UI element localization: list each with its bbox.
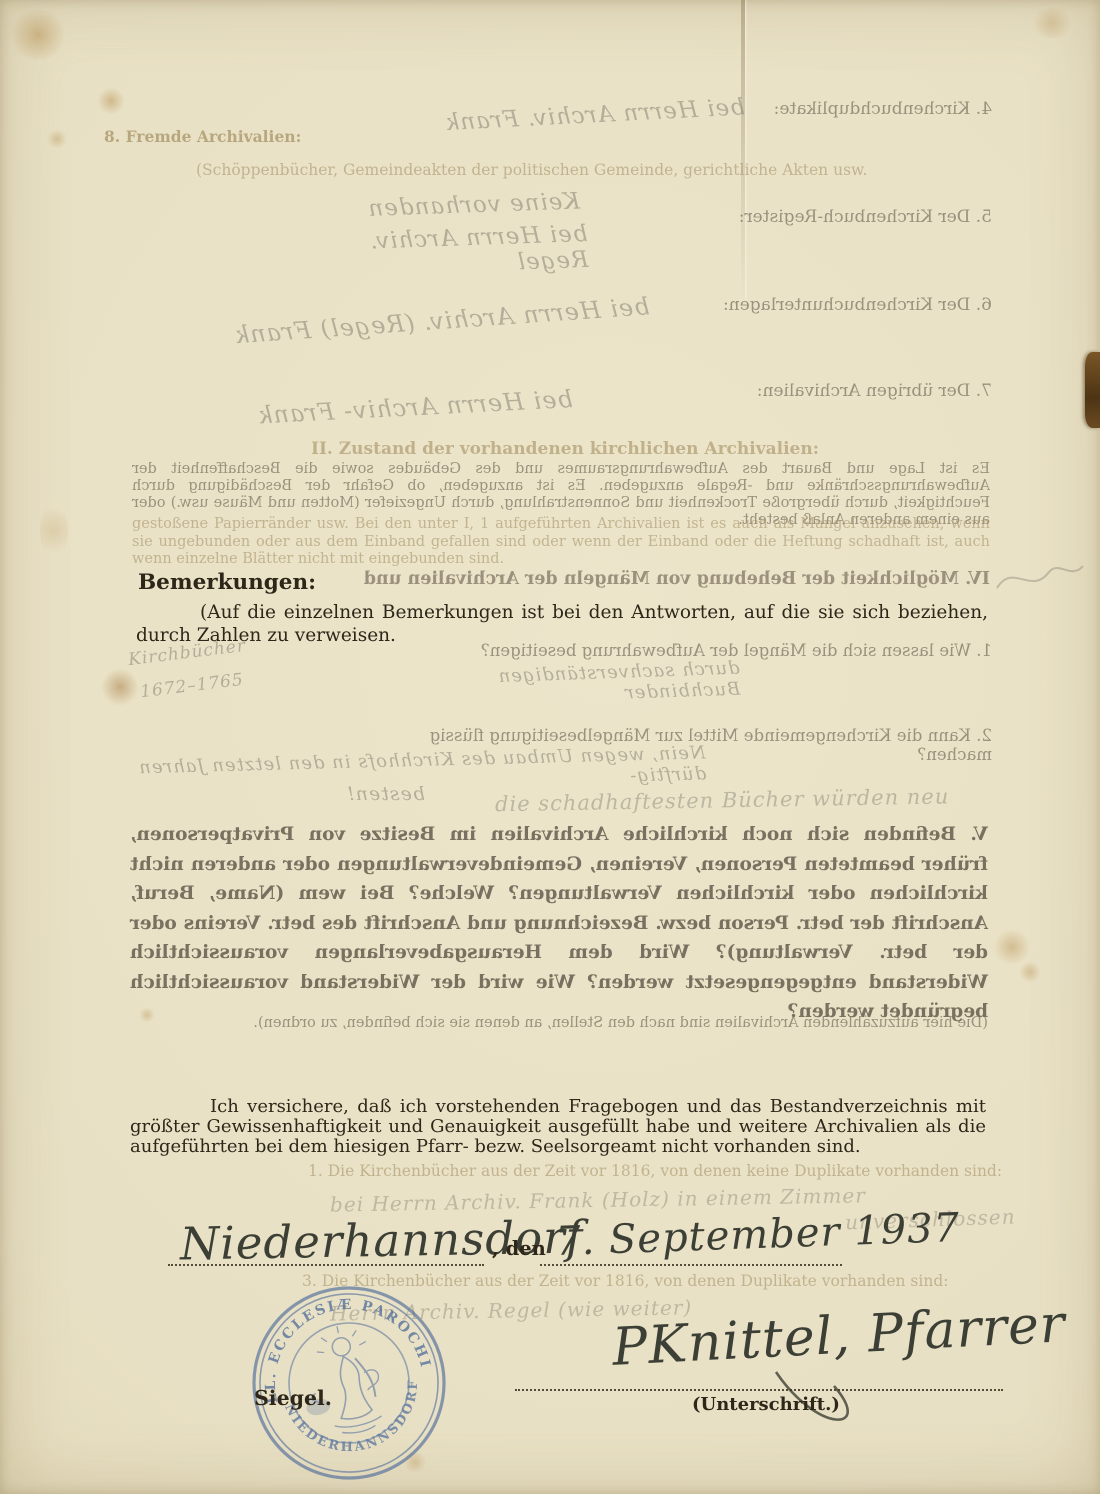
place-dotted-line	[168, 1264, 484, 1266]
binding-notch	[1085, 352, 1100, 428]
handwritten-date: 7. September 1937	[554, 1205, 961, 1265]
stain-mark	[8, 10, 68, 60]
overprint-item-8: 8. Fremde Archivalien:	[104, 127, 301, 146]
bleedthrough-handwriting-q1: durch sachverständigen Buchbinder	[429, 658, 740, 711]
bleedthrough-item-7: 7. Der übrigen Archivalien:	[728, 381, 992, 401]
stain-mark	[992, 930, 1032, 964]
stain-mark	[46, 130, 68, 148]
fold-crease	[741, 0, 745, 300]
unterschrift-label: (Unterschrift.)	[692, 1394, 840, 1415]
overprint-script-middle: die schadhaftesten Bücher würden neu	[495, 784, 985, 817]
bleedthrough-handwriting-5a: Keine vorhanden	[320, 188, 581, 223]
bleedthrough-handwriting-6: bei Herrn Archiv. (Regel) Frank	[200, 292, 651, 351]
bleedthrough-handwriting-4: bei Herrn Archiv. Frank	[415, 94, 746, 137]
illegible-script-squiggle	[995, 556, 1087, 602]
overprint-heading-ii: II. Zustand der vorhandenen kirchlichen …	[280, 439, 850, 459]
date-dotted-line	[540, 1264, 842, 1266]
siegel-label: Siegel.	[254, 1386, 332, 1410]
bleedthrough-section-v-paragraph: V. Befinden sich noch kirchliche Archiva…	[130, 820, 988, 1027]
den-label: , den	[492, 1237, 546, 1260]
bleedthrough-section-v-note: (Die hier aufzuzählenden Archivalien sin…	[148, 1014, 988, 1033]
stain-mark	[1030, 8, 1074, 38]
stain-mark	[100, 668, 140, 706]
bleedthrough-handwriting-q2b: besten!	[295, 783, 425, 805]
stain-mark	[96, 88, 126, 114]
bleedthrough-handwriting-7: bei Herrn Archiv- Frank	[228, 385, 574, 431]
overprint-item-8-subnote: (Schöppenbücher, Gemeindeakten der polit…	[196, 161, 996, 179]
bleedthrough-item-6: 6. Der Kirchenbuchunterlagen:	[674, 295, 992, 315]
bemerkungen-heading: Bemerkungen:	[138, 570, 316, 595]
stain-mark	[1018, 962, 1042, 982]
declaration-paragraph: Ich versichere, daß ich vorstehenden Fra…	[130, 1097, 986, 1157]
stain-mark	[40, 500, 68, 560]
pencil-note-line2: 1672–1765	[139, 670, 245, 703]
church-seal-stamp: SIGILL. ECCLESIÆ PAROCHIALIS NIEDERHANNS…	[248, 1282, 450, 1484]
overprint-duplicates-line1: 1. Die Kirchenbücher aus der Zeit vor 18…	[308, 1162, 1088, 1180]
signature-dotted-line	[515, 1389, 1003, 1391]
overprint-condition-paragraph: gestoßene Papierränder usw. Bei den unte…	[132, 516, 990, 569]
bleedthrough-heading-iv: IV. Möglichkeit der Behebung von Mängeln…	[312, 569, 990, 589]
document-page: 4. Kirchenbuchduplikate: bei Herrn Archi…	[0, 0, 1100, 1494]
bleedthrough-handwriting-5b: bei Herrn Archiv. Regel	[297, 221, 589, 283]
bleedthrough-item-5: 5. Der Kirchenbuch-Register:	[688, 207, 992, 227]
